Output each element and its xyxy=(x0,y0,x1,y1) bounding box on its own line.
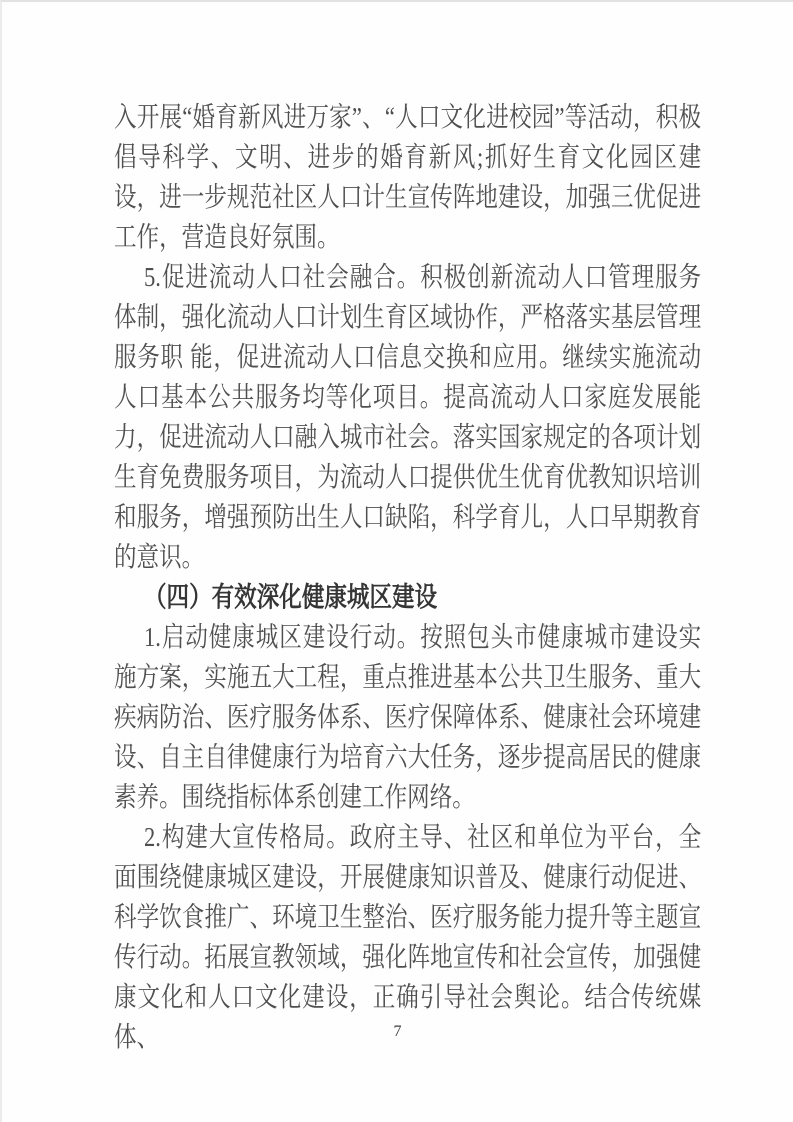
paragraph-floating-population-integration: 5.促进流动人口社会融合。积极创新流动人口管理服务体制，强化流动人口计划生育区域… xyxy=(114,257,701,577)
page-number: 7 xyxy=(2,1022,793,1042)
paragraph-birth-culture-promotion: 入开展“婚育新风进万家”、“人口文化进校园”等活动，积极倡导科学、文明、进步的婚… xyxy=(114,97,701,257)
paragraph-publicity-structure: 2.构建大宣传格局。政府主导、社区和单位为平台，全面围绕健康城区建设，开展健康知… xyxy=(114,817,701,1057)
paragraph-healthy-district-action: 1.启动健康城区建设行动。按照包头市健康城市建设实施方案，实施五大工程，重点推进… xyxy=(114,617,701,817)
document-page: 入开展“婚育新风进万家”、“人口文化进校园”等活动，积极倡导科学、文明、进步的婚… xyxy=(0,0,793,1122)
section-heading-healthy-district: （四）有效深化健康城区建设 xyxy=(114,577,701,617)
document-body: 入开展“婚育新风进万家”、“人口文化进校园”等活动，积极倡导科学、文明、进步的婚… xyxy=(114,97,701,1057)
